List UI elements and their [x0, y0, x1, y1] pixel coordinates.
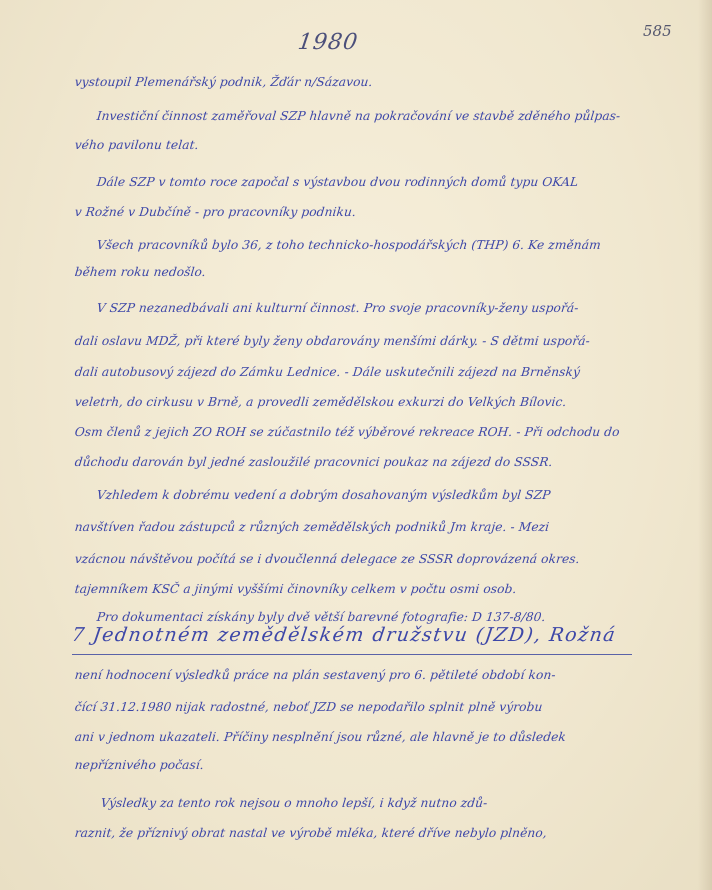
- text-line: Pro dokumentaci získány byly dvě větší b…: [96, 610, 546, 624]
- text-line: vzácnou návštěvou počítá se i dvoučlenná…: [74, 552, 580, 566]
- text-line: Investiční činnost zaměřoval SZP hlavně …: [96, 109, 621, 123]
- heading-underline: [72, 654, 632, 655]
- text-line: ani v jednom ukazateli. Příčiny nesplněn…: [74, 730, 567, 744]
- year-header: 1980: [296, 30, 360, 55]
- text-line: není hodnocení výsledků práce na plán se…: [74, 668, 556, 682]
- text-line: dali oslavu MDŽ, při které byly ženy obd…: [74, 334, 591, 348]
- text-line: tajemníkem KSČ a jinými vyššími činovník…: [74, 582, 517, 596]
- text-line: důchodu darován byl jedné zasloužilé pra…: [74, 455, 553, 469]
- text-line: v Rožné v Dubčíně - pro pracovníky podni…: [74, 205, 357, 219]
- text-line: nepříznivého počasí.: [74, 758, 205, 772]
- scanned-page: 1980 585 vystoupil Plemenářský podnik, Ž…: [0, 0, 712, 890]
- text-line: Vzhledem k dobrému vedení a dobrým dosah…: [96, 488, 551, 502]
- text-line: vystoupil Plemenářský podnik, Žďár n/Sáz…: [74, 75, 373, 89]
- text-line: raznit, že příznivý obrat nastal ve výro…: [74, 826, 548, 840]
- text-line: Dále SZP v tomto roce započal s výstavbo…: [96, 175, 579, 189]
- text-line: Všech pracovníků bylo 36, z toho technic…: [96, 238, 602, 252]
- text-line: navštíven řadou zástupců z různých zeměd…: [74, 520, 550, 534]
- text-line: veletrh, do cirkusu v Brně, a provedli z…: [74, 395, 567, 409]
- text-line: čící 31.12.1980 nijak radostné, neboť JZ…: [74, 700, 543, 714]
- text-line: Výsledky za tento rok nejsou o mnoho lep…: [100, 796, 488, 810]
- text-line: během roku nedošlo.: [74, 265, 207, 279]
- text-line: V SZP nezanedbávali ani kulturní činnost…: [96, 301, 579, 315]
- section-heading: 7 Jednotném zemědělském družstvu (JZD), …: [70, 624, 617, 646]
- text-line: dali autobusový zájezd do Zámku Lednice.…: [74, 365, 581, 379]
- text-line: vého pavilonu telat.: [74, 138, 199, 152]
- text-line: Osm členů z jejich ZO ROH se zúčastnilo …: [74, 425, 620, 439]
- page-number: 585: [643, 22, 672, 40]
